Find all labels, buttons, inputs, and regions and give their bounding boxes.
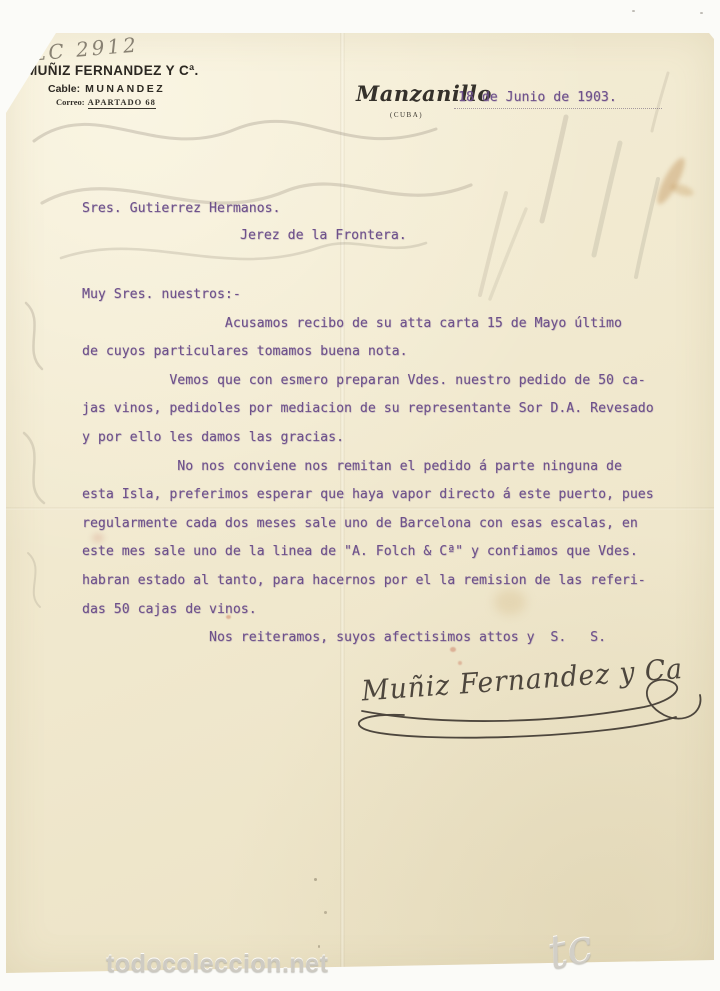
crease-speck — [314, 878, 317, 881]
post-label: Correo: — [56, 97, 85, 107]
signature-name: Muñiz Fernandez y Ca — [359, 652, 683, 707]
date-dotted-rule — [454, 108, 662, 109]
letter-body: Muy Sres. nuestros:- Acusamos recibo de … — [82, 281, 682, 653]
dust-speck — [700, 12, 703, 14]
cable-label: Cable: — [48, 83, 80, 95]
cable-value: MUNANDEZ — [85, 83, 165, 95]
dateline-country: (CUBA) — [390, 111, 423, 119]
recipient-city: Jerez de la Frontera. — [240, 228, 407, 243]
body-line: Muy Sres. nuestros:- — [82, 281, 682, 310]
body-line: No nos conviene nos remitan el pedido á … — [82, 453, 682, 482]
rust-stain — [669, 182, 695, 199]
pencil-catalog-number: LC 2912 — [31, 32, 140, 65]
post-value: APARTADO 68 — [88, 97, 156, 109]
letter-paper: LC 2912 MUÑIZ FERNANDEZ Y Cª. Cable:MUNA… — [6, 33, 714, 973]
body-line: esta Isla, preferimos esperar que haya v… — [82, 481, 682, 510]
recipient-name: Sres. Gutierrez Hermanos. — [82, 201, 281, 216]
dust-speck — [632, 10, 635, 12]
body-line: Acusamos recibo de su atta carta 15 de M… — [82, 310, 682, 339]
body-line: de cuyos particulares tomamos buena nota… — [82, 338, 682, 367]
crease-speck — [324, 911, 327, 914]
body-line: habran estado al tanto, para hacernos po… — [82, 567, 682, 596]
rust-stain — [653, 155, 690, 207]
signature: Muñiz Fernandez y Ca — [346, 633, 712, 763]
crease-speck — [318, 945, 320, 948]
body-line: jas vinos, pedidoles por mediacion de su… — [82, 395, 682, 424]
body-line: das 50 cajas de vinos. — [82, 596, 682, 625]
letterhead-company-name: MUÑIZ FERNANDEZ Y Cª. — [26, 63, 199, 78]
typed-date: 18 de Junio de 1903. — [458, 90, 617, 105]
photo-background: LC 2912 MUÑIZ FERNANDEZ Y Cª. Cable:MUNA… — [0, 0, 720, 991]
watermark-site-text: todocoleccion.net — [106, 950, 328, 979]
body-line: este mes sale uno de la linea de "A. Fol… — [82, 538, 682, 567]
body-line: regularmente cada dos meses sale uno de … — [82, 510, 682, 539]
body-line: y por ello les damos las gracias. — [82, 424, 682, 453]
body-line: Vemos que con esmero preparan Vdes. nues… — [82, 367, 682, 396]
letterhead-cable-line: Cable:MUNANDEZ — [48, 83, 165, 95]
letterhead-post-line: Correo:APARTADO 68 — [56, 97, 156, 107]
